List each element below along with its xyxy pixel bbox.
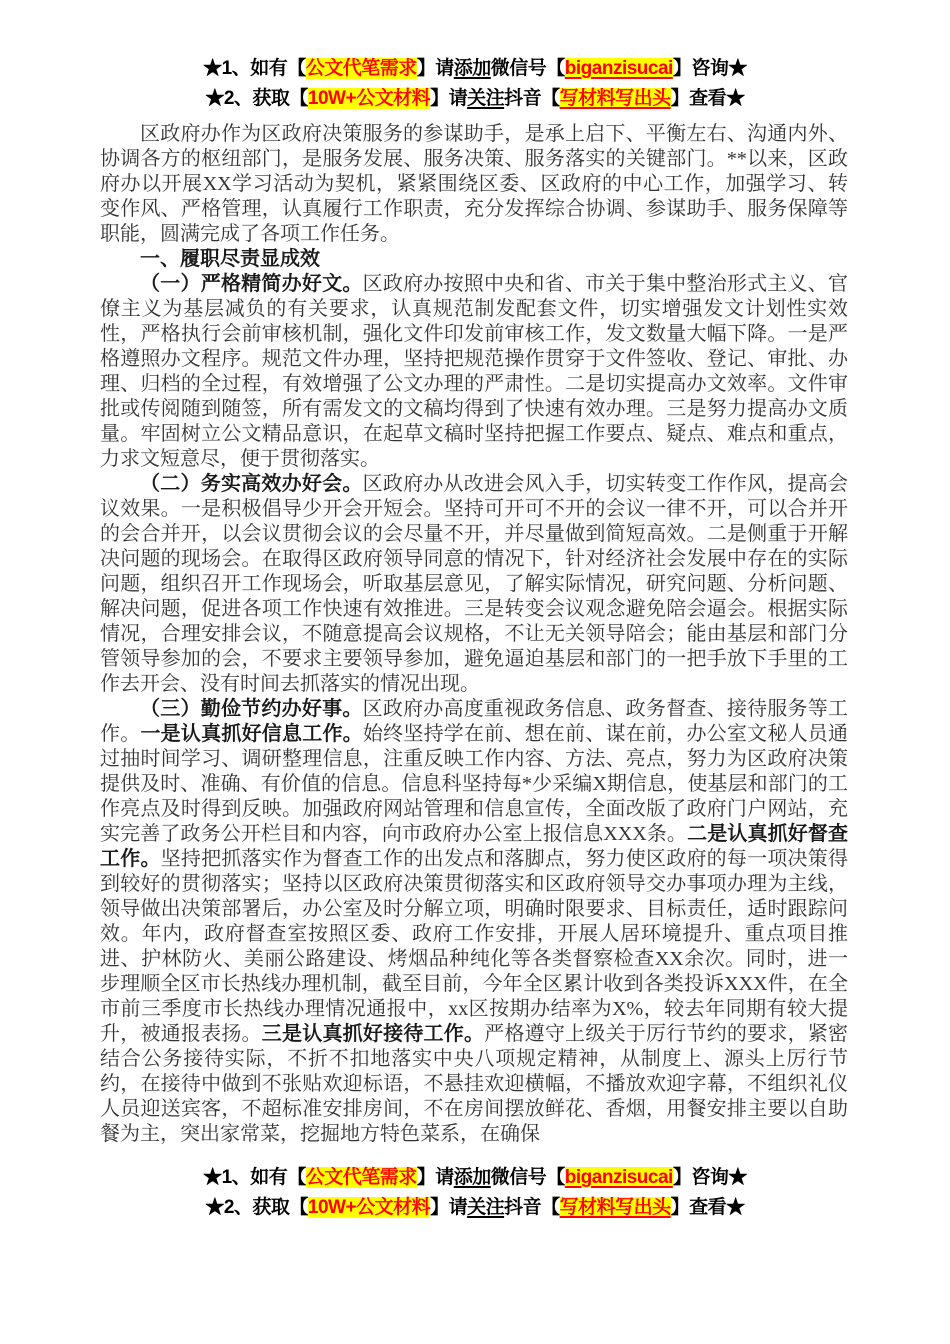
promo-text: 】请 [417, 58, 454, 79]
promo-text: 】查看★ [671, 1197, 745, 1218]
promo-highlight-service: 公文代笔需求 [306, 58, 417, 79]
paragraph-section-1-1: （一）严格精简办好文。区政府办按照中央和省、市关于集中整治形式主义、官僚主义为基… [100, 272, 848, 472]
promo-highlight-materials: 10W+公文材料 [308, 1197, 430, 1218]
text-segment: 区政府办作为区政府决策服务的参谋助手，是承上启下、平衡左右、沟通内外、协调各方的… [100, 123, 848, 245]
promo-text: ★1、如有【 [203, 58, 306, 79]
paragraph-section-1-2: （二）务实高效办好会。区政府办从改进会风入手，切实转变工作作风，提高会议效果。一… [100, 472, 848, 697]
promo-text: 抖音【 [504, 1197, 560, 1218]
promo-line-1: ★1、如有【公文代笔需求】请添加微信号【biganzisucai】咨询★ [0, 1163, 950, 1193]
document-page: ★1、如有【公文代笔需求】请添加微信号【biganzisucai】咨询★ ★2、… [0, 0, 950, 1344]
promo-text: 】请 [417, 1167, 454, 1188]
promo-action-follow: 关注 [467, 1197, 504, 1218]
text-segment: 一、履职尽责显成效 [140, 248, 320, 270]
promo-text: 抖音【 [504, 88, 560, 109]
subheading-segment: （一）严格精简办好文。 [140, 273, 363, 295]
promo-wechat-id: biganzisucai [565, 1167, 673, 1188]
promo-line-2: ★2、获取【10W+公文材料】请关注抖音【写材料写出头】查看★ [0, 1193, 950, 1223]
document-body: 区政府办作为区政府决策服务的参谋助手，是承上启下、平衡左右、沟通内外、协调各方的… [100, 122, 848, 1147]
promo-action-follow: 关注 [467, 88, 504, 109]
subheading-segment: （三）勤俭节约办好事。 [140, 698, 363, 720]
promo-wechat-id: biganzisucai [565, 58, 673, 79]
text-segment: 坚持把抓落实作为督查工作的出发点和落脚点，努力使区政府的每一项决策得到较好的贯彻… [100, 848, 848, 1045]
promo-douyin-id: 写材料写出头 [560, 88, 671, 109]
promo-text: ★2、获取【 [205, 88, 308, 109]
promo-action-add: 添加 [454, 58, 491, 79]
subheading-segment: 一是认真抓好信息工作。 [140, 723, 362, 745]
promo-banner-bottom: ★1、如有【公文代笔需求】请添加微信号【biganzisucai】咨询★ ★2、… [0, 1163, 950, 1223]
promo-line-1: ★1、如有【公文代笔需求】请添加微信号【biganzisucai】咨询★ [0, 54, 950, 84]
promo-text: 微信号【 [491, 1167, 565, 1188]
paragraph-intro: 区政府办作为区政府决策服务的参谋助手，是承上启下、平衡左右、沟通内外、协调各方的… [100, 122, 848, 247]
promo-action-add: 添加 [454, 1167, 491, 1188]
paragraph-section-1-3: （三）勤俭节约办好事。区政府办高度重视政务信息、政务督查、接待服务等工作。一是认… [100, 697, 848, 1147]
promo-line-2: ★2、获取【10W+公文材料】请关注抖音【写材料写出头】查看★ [0, 84, 950, 114]
promo-highlight-materials: 10W+公文材料 [308, 88, 430, 109]
promo-text: 微信号【 [491, 58, 565, 79]
promo-text: ★2、获取【 [205, 1197, 308, 1218]
section-heading-1: 一、履职尽责显成效 [100, 247, 848, 272]
promo-text: 】查看★ [671, 88, 745, 109]
text-segment: 区政府办从改进会风入手，切实转变工作作风，提高会议效果。一是积极倡导少开会开短会… [100, 473, 848, 695]
promo-text: 】请 [430, 1197, 467, 1218]
subheading-segment: 三是认真抓好接待工作。 [262, 1023, 484, 1045]
text-segment: 区政府办按照中央和省、市关于集中整治形式主义、官僚主义为基层减负的有关要求，认真… [100, 273, 848, 470]
promo-banner-top: ★1、如有【公文代笔需求】请添加微信号【biganzisucai】咨询★ ★2、… [0, 0, 950, 114]
promo-highlight-service: 公文代笔需求 [306, 1167, 417, 1188]
promo-text: ★1、如有【 [203, 1167, 306, 1188]
promo-text: 】咨询★ [673, 1167, 747, 1188]
subheading-segment: （二）务实高效办好会。 [140, 473, 363, 495]
promo-text: 】咨询★ [673, 58, 747, 79]
promo-douyin-id: 写材料写出头 [560, 1197, 671, 1218]
promo-text: 】请 [430, 88, 467, 109]
